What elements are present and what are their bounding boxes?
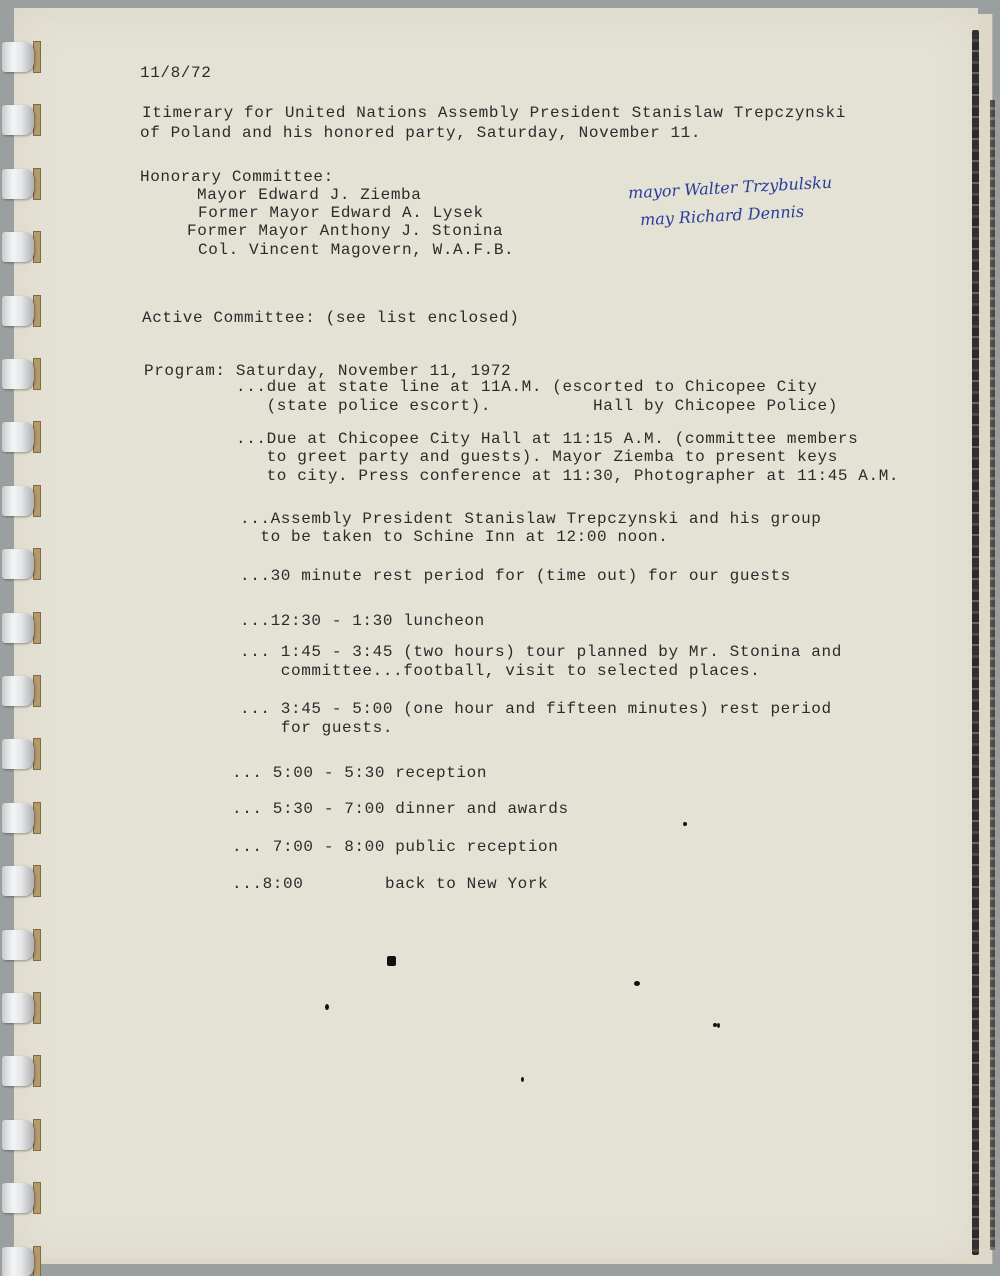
ink-speck (634, 981, 640, 986)
spiral-binding (0, 0, 48, 1276)
program-item-line: ...12:30 - 1:30 luncheon (240, 612, 485, 630)
binding-hole (33, 104, 41, 136)
program-item-line: ...Assembly President Stanislaw Trepczyn… (240, 510, 822, 528)
spiral-ring (2, 296, 34, 326)
document-date: 11/8/72 (140, 64, 211, 82)
spiral-ring (2, 1056, 34, 1086)
program-item-line: ...8:00 back to New York (232, 875, 548, 893)
honorary-member: Mayor Edward J. Ziemba (197, 186, 421, 204)
program-item-line: ... 7:00 - 8:00 public reception (232, 838, 558, 856)
binding-hole (33, 168, 41, 200)
spiral-ring (2, 803, 34, 833)
binding-hole (33, 865, 41, 897)
program-item-line: ...due at state line at 11A.M. (escorted… (236, 378, 818, 396)
binding-hole (33, 295, 41, 327)
binding-hole (33, 41, 41, 73)
binding-hole (33, 231, 41, 263)
spiral-ring (2, 676, 34, 706)
binding-hole (33, 675, 41, 707)
program-item-line: to be taken to Schine Inn at 12:00 noon. (240, 528, 668, 546)
title-line-2: of Poland and his honored party, Saturda… (140, 124, 701, 142)
spiral-ring (2, 422, 34, 452)
honorary-committee-heading: Honorary Committee: (140, 168, 334, 186)
binding-hole (33, 738, 41, 770)
binding-hole (33, 612, 41, 644)
spiral-ring (2, 613, 34, 643)
binding-hole (33, 548, 41, 580)
spiral-ring (2, 1247, 34, 1276)
document-page (14, 8, 978, 1258)
binding-hole (33, 992, 41, 1024)
ink-speck (325, 1004, 329, 1010)
spiral-ring (2, 42, 34, 72)
binding-hole (33, 358, 41, 390)
spiral-ring (2, 169, 34, 199)
ink-speck (717, 1023, 720, 1028)
spiral-ring (2, 739, 34, 769)
page-edge-shadow (972, 30, 979, 1255)
honorary-member: Former Mayor Anthony J. Stonina (187, 222, 503, 240)
spiral-ring (2, 866, 34, 896)
program-item-line: ...30 minute rest period for (time out) … (240, 567, 791, 585)
program-item-line: (state police escort). Hall by Chicopee … (236, 397, 838, 415)
spiral-ring (2, 359, 34, 389)
binding-hole (33, 1055, 41, 1087)
ink-speck (521, 1077, 524, 1082)
program-item-line: to greet party and guests). Mayor Ziemba… (236, 448, 838, 466)
ink-speck (683, 822, 687, 826)
title-line-1: Itimerary for United Nations Assembly Pr… (142, 104, 846, 122)
binding-hole (33, 1246, 41, 1276)
spiral-ring (2, 1183, 34, 1213)
binding-hole (33, 802, 41, 834)
spiral-ring (2, 993, 34, 1023)
binding-hole (33, 1182, 41, 1214)
spiral-ring (2, 105, 34, 135)
honorary-member: Former Mayor Edward A. Lysek (198, 204, 484, 222)
honorary-member: Col. Vincent Magovern, W.A.F.B. (198, 241, 514, 259)
spiral-ring (2, 486, 34, 516)
spiral-ring (2, 549, 34, 579)
spiral-ring (2, 1120, 34, 1150)
binding-hole (33, 929, 41, 961)
ink-speck (387, 956, 396, 966)
active-committee-line: Active Committee: (see list enclosed) (142, 309, 519, 327)
spiral-ring (2, 930, 34, 960)
program-item-line: ...Due at Chicopee City Hall at 11:15 A.… (236, 430, 858, 448)
program-item-line: ... 5:30 - 7:00 dinner and awards (232, 800, 569, 818)
program-item-line: ... 3:45 - 5:00 (one hour and fifteen mi… (240, 700, 832, 718)
program-item-line: for guests. (240, 719, 393, 737)
page-edge-shadow-secondary (990, 100, 995, 1250)
program-item-line: ... 5:00 - 5:30 reception (232, 764, 487, 782)
binding-hole (33, 1119, 41, 1151)
spiral-ring (2, 232, 34, 262)
binding-hole (33, 421, 41, 453)
binding-hole (33, 485, 41, 517)
program-item-line: ... 1:45 - 3:45 (two hours) tour planned… (240, 643, 842, 661)
program-item-line: committee...football, visit to selected … (240, 662, 760, 680)
program-item-line: to city. Press conference at 11:30, Phot… (236, 467, 899, 485)
